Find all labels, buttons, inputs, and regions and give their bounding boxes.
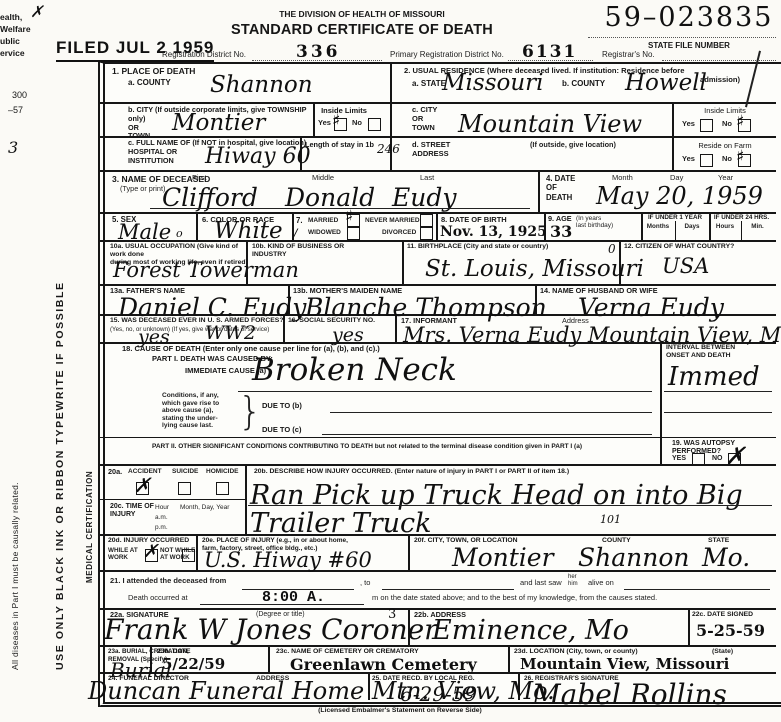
field-2b-value: Howell <box>625 72 707 95</box>
married-label: MARRIED <box>308 217 338 224</box>
field-24-value: Duncan Funeral Home Mtn. View, Mo. <box>88 679 555 703</box>
field-1-label: 1. PLACE OF DEATH <box>112 66 195 76</box>
margin-fragment: ervice <box>0 48 40 58</box>
field-26-signature: Mabel Rollins <box>532 681 727 709</box>
field-17-value: Mrs. Verna Eudy Mountain View, Mo. <box>403 325 781 346</box>
cause-a-value: Broken Neck <box>252 355 457 386</box>
field-16-value: yes <box>332 326 364 345</box>
field-7-stray: / <box>293 228 297 241</box>
field-20f-county: Shannon <box>578 545 690 570</box>
homicide-label: HOMICIDE <box>206 468 239 475</box>
field-15-label: 15. WAS DECEASED EVER IN U. S. ARMED FOR… <box>110 317 283 325</box>
no-check-mark: ✗ <box>725 444 745 468</box>
field-10a-value: Forest Towerman <box>113 260 299 281</box>
suicide-checkbox <box>178 482 191 495</box>
no-label: No <box>722 155 732 164</box>
divider-line <box>98 499 245 500</box>
field-4-value: May 20, 1959 <box>596 184 763 208</box>
interval-value: Immed <box>668 364 760 390</box>
field-9-value: 33 <box>550 224 572 240</box>
pm-label: p.m. <box>155 524 168 531</box>
field-22a-signature: Frank W Jones Coroner <box>104 616 438 644</box>
divider-line <box>268 645 270 672</box>
divider-line <box>538 170 540 212</box>
part2-label: PART II. OTHER SIGNIFICANT CONDITIONS CO… <box>152 443 657 451</box>
field-22c-label: 22c. DATE SIGNED <box>692 611 753 619</box>
field-20b-stray: 101 <box>600 514 621 525</box>
divider-line <box>382 589 514 590</box>
divider-line <box>664 391 772 392</box>
yes-label: YES <box>672 455 686 463</box>
divorced-label: DIVORCED <box>382 229 416 236</box>
field-20b-label: 20b. DESCRIBE HOW INJURY OCCURRED. (Ente… <box>254 468 774 476</box>
am-label: a.m. <box>155 514 168 521</box>
farm-no-checkbox: ♯ <box>738 154 751 167</box>
yes-label: Yes <box>682 120 695 129</box>
medical-certification-label: MEDICAL CERTIFICATION <box>85 428 94 583</box>
margin-fragment: ublic <box>0 36 40 46</box>
field-20b-line2: Trailer Truck <box>250 510 432 537</box>
widowed-checkbox <box>347 227 360 240</box>
yes-label: Yes <box>682 155 695 164</box>
no-label: No <box>722 120 732 129</box>
inside-limits-yes-checkbox <box>700 119 713 132</box>
field-22c-value: 5-25-59 <box>696 623 765 639</box>
under-24-hrs-label: IF UNDER 24 HRS. <box>709 214 774 222</box>
reg-district-value: 336 <box>296 44 341 61</box>
field-7-label: 7. <box>296 216 303 225</box>
field-5-value: Male <box>118 222 171 243</box>
yes-check-mark: ♯ <box>332 113 340 130</box>
divider-line <box>98 284 776 286</box>
divider-line <box>624 589 770 590</box>
field-21-line1b: , to <box>360 579 370 588</box>
field-21-line2b: m on the date stated above; and to the b… <box>372 594 657 603</box>
never-married-label: NEVER MARRIED <box>365 217 420 224</box>
field-10b-label: 10b. KIND OF BUSINESS OR INDUSTRY <box>252 243 392 259</box>
field-20f-state: Mo. <box>702 545 750 570</box>
stray-x-mark: ✗ <box>30 4 43 20</box>
field-3-sub: (Type or print) <box>120 185 165 193</box>
footer-note: (Licensed Embalmer's Statement on Revers… <box>240 707 560 715</box>
primary-reg-value: 6131 <box>522 44 577 61</box>
state-file-number: 59–023835 <box>604 2 774 33</box>
field-11-value: St. Louis, Missouri <box>425 258 644 281</box>
divider-line <box>150 208 530 209</box>
first-name-label: First <box>192 174 207 183</box>
under-1-year-label: IF UNDER 1 YEAR <box>641 214 709 222</box>
divider-line <box>402 240 404 284</box>
field-25-value: 6-29-59 <box>400 684 477 704</box>
field-20a-label: 20a. <box>108 468 122 477</box>
autopsy-no-checkbox: ✗ <box>728 453 741 466</box>
divider-line <box>196 212 198 240</box>
field-23d-value: Mountain View, Missouri <box>520 657 729 672</box>
field-1a-value: Shannon <box>210 74 313 97</box>
divider-line <box>238 391 652 392</box>
divider-line <box>245 464 247 534</box>
field-1c-value: Hiway 60 <box>205 146 311 168</box>
no-label: No <box>352 119 362 128</box>
field-2d-note: (If outside, give location) <box>530 141 616 149</box>
due-to-b-label: DUE TO (b) <box>262 401 302 410</box>
field-20e-value: U.S. Hiway #60 <box>204 550 372 571</box>
inside-limits-yes-checkbox: ♯ <box>334 118 347 131</box>
field-21-line1c: and last saw <box>520 579 562 588</box>
divider-line <box>672 102 674 170</box>
farm-yes-checkbox <box>700 154 713 167</box>
divider-line <box>322 434 652 435</box>
months-label: Months <box>641 223 675 230</box>
field-2d-label: d. STREET ADDRESS <box>412 140 450 158</box>
inside-limits-no-checkbox: ♯ <box>738 119 751 132</box>
days-label: Days <box>675 223 709 230</box>
field-9-sub: (In years last birthday) <box>576 215 613 230</box>
hour-label: Hour <box>155 504 169 511</box>
conditions-note: Conditions, if any, which gave rise to a… <box>162 392 219 430</box>
hours-label: Hours <box>709 223 741 230</box>
reside-on-farm-label: Reside on Farm <box>678 141 772 150</box>
death-certificate-scan: { "doc": { "agency": "THE DIVISION OF HE… <box>0 0 781 722</box>
while-at-work-checkbox: ✗ <box>145 549 158 562</box>
divider-line <box>508 645 510 672</box>
divider-line <box>98 437 776 438</box>
margin-code: –57 <box>8 105 23 116</box>
divider-line <box>98 170 776 172</box>
divider-line <box>196 534 198 570</box>
reg-district-label: Registration District No. <box>162 50 246 59</box>
field-2a-value: Missouri <box>442 72 544 95</box>
while-at-work-label: WHILE AT WORK <box>108 547 138 561</box>
divider-line <box>660 342 662 464</box>
middle-name-label: Middle <box>312 174 334 183</box>
field-5-stray: o <box>176 228 183 239</box>
divider-line <box>588 37 776 38</box>
her-him-label: her him <box>568 574 578 587</box>
page-title: STANDARD CERTIFICATE OF DEATH <box>210 22 514 39</box>
primary-reg-label: Primary Registration District No. <box>390 50 504 59</box>
mdy-label: Month, Day, Year <box>180 504 229 511</box>
due-to-c-label: DUE TO (c) <box>262 425 301 434</box>
first-name-value: Clifford <box>162 185 258 210</box>
field-21-line1d: alive on <box>588 579 614 588</box>
stray-3-mark: 3 <box>8 140 18 156</box>
divider-line <box>330 412 652 413</box>
inside-limits-label: Inside Limits <box>678 106 772 115</box>
divider-line <box>98 534 776 536</box>
yes-label: Yes <box>318 119 331 128</box>
field-23c-value: Greenlawn Cemetery <box>290 657 477 673</box>
while-at-work-check-mark: ✗ <box>143 543 158 561</box>
middle-name-value: Donald <box>285 185 375 210</box>
field-20c-label: 20c. TIME OF INJURY <box>110 503 154 520</box>
agency-name: THE DIVISION OF HEALTH OF MISSOURI <box>232 9 492 19</box>
married-check-mark: ♯ <box>345 209 353 226</box>
field-14-value: Verna Eudy <box>578 295 724 320</box>
field-21-line1a: 21. I attended the deceased from <box>110 577 226 586</box>
interval-label: INTERVAL BETWEEN ONSET AND DEATH <box>666 344 735 360</box>
field-2c-label: c. CITY OR TOWN <box>412 105 437 132</box>
margin-fragment: Welfare <box>0 24 40 34</box>
no-label: NO <box>712 455 723 463</box>
margin-code: 300 <box>12 90 27 101</box>
accident-checkbox: ✗ <box>136 482 149 495</box>
field-1b-value: Montier <box>172 112 265 135</box>
vertical-note: All diseases in Part I must be causally … <box>10 455 20 670</box>
divider-line <box>664 412 772 413</box>
field-2d-stray: 246 <box>377 143 400 155</box>
divider-line <box>662 60 776 61</box>
field-21-line2a: Death occurred at <box>128 594 188 603</box>
inside-limits-label: Inside Limits <box>318 106 370 115</box>
length-of-stay-label: Length of stay in 1b <box>305 141 374 150</box>
field-4-label: 4. DATE OF DEATH <box>546 174 575 202</box>
no-check-mark: ♯ <box>736 114 744 131</box>
accident-check-mark: ✗ <box>134 475 151 495</box>
not-while-at-work-checkbox <box>182 549 195 562</box>
field-6-value: White <box>214 220 283 243</box>
field-1a-label: a. COUNTY <box>128 78 171 88</box>
field-11-stray: 0 <box>608 243 616 255</box>
divider-line <box>248 505 772 506</box>
field-20f-city: Montier <box>452 545 554 570</box>
divider-line <box>98 102 776 104</box>
divider-line <box>688 608 690 645</box>
suicide-label: SUICIDE <box>172 468 198 475</box>
field-2b-label: b. COUNTY <box>562 79 605 89</box>
field-12-label: 12. CITIZEN OF WHAT COUNTRY? <box>624 243 734 251</box>
last-name-value: Eudy <box>392 185 456 210</box>
divider-line <box>98 464 776 466</box>
field-8-value: Nov. 13, 1925 <box>440 225 547 239</box>
homicide-checkbox <box>216 482 229 495</box>
field-23b-value: 5/22/59 <box>162 657 225 672</box>
divider-line <box>98 240 776 242</box>
inside-limits-no-checkbox <box>368 118 381 131</box>
min-label: Min. <box>741 223 774 230</box>
field-8-label: 8. DATE OF BIRTH <box>441 215 507 224</box>
married-checkbox: ♯ <box>347 214 360 227</box>
field-11-label: 11. BIRTHPLACE (City and state or countr… <box>407 243 548 251</box>
divider-line <box>200 604 364 605</box>
never-married-checkbox <box>420 214 433 227</box>
last-name-label: Last <box>420 174 434 183</box>
divorced-checkbox <box>420 227 433 240</box>
divider-line <box>436 212 438 240</box>
registrar-no-label: Registrar's No. <box>602 50 655 59</box>
field-2a-label: a. STATE <box>412 79 446 89</box>
field-22b-value: Eminence, Mo <box>432 617 629 644</box>
autopsy-yes-checkbox <box>692 453 705 466</box>
field-2c-value: Mountain View <box>458 112 642 136</box>
widowed-label: WIDOWED <box>308 229 341 236</box>
field-15-value2: WW2 <box>205 324 256 343</box>
divider-line <box>408 534 410 570</box>
no-check-mark: ♯ <box>736 149 744 166</box>
field-12-value: USA <box>662 256 709 277</box>
vertical-instruction: USE ONLY BLACK INK OR RIBBON TYPEWRITE I… <box>54 165 66 670</box>
brace-glyph: } <box>238 392 262 430</box>
